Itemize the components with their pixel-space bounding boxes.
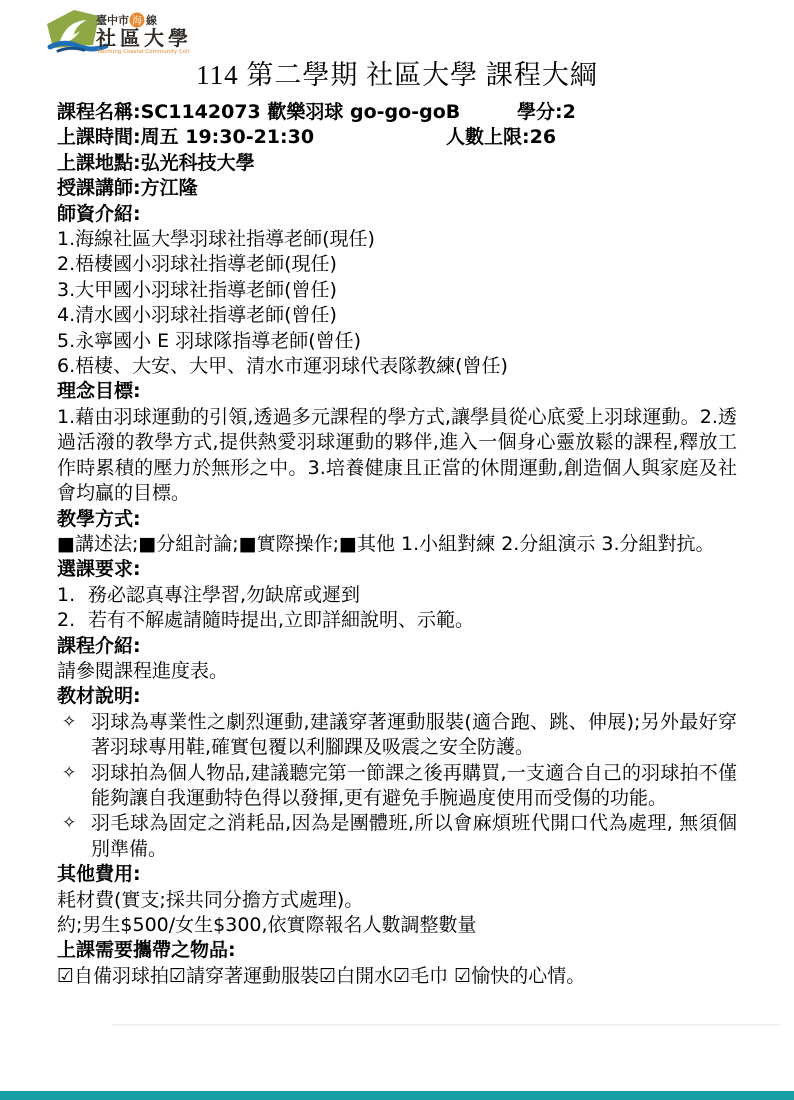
logo-seal-char: 海 [132,14,142,27]
goals-body: 1.藉由羽球運動的引領,透過多元課程的學方式,讓學員從心底愛上羽球運動。2.透過… [57,405,737,507]
document-body: 課程名稱:SC1142073 歡樂羽球 go-go-goB 學分:2 上課時間:… [0,92,794,989]
faculty-item: 5.永寧國小 E 羽球隊指導老師(曾任) [57,329,737,354]
fees-line1: 耗材費(實支;採共同分擔方式處理)。 [57,888,737,913]
footer-teal-bar [0,1091,794,1100]
intro-heading: 課程介紹: [57,634,737,659]
diamond-bullet-icon: ✧ [62,761,91,812]
location-label: 上課地點: [57,152,141,174]
class-time-line: 上課時間:周五 19:30-21:30 人數上限:26 [57,125,737,150]
faculty-item: 1.海線社區大學羽球社指導老師(現任) [57,227,737,252]
requirement-number: 2. [57,608,88,633]
instructor-value: 方江隆 [141,177,198,199]
logo-line-suffix: 線 [145,13,157,27]
faculty-heading: 師資介紹: [57,202,737,227]
logo-city-text: 臺中市 [96,13,129,27]
fees-heading: 其他費用: [57,862,737,887]
course-name-label: 課程名稱: [57,101,141,123]
fees-line2: 約;男生$500/女生$300,依實際報名人數調整數量 [57,913,737,938]
material-item: ✧ 羽球為專業性之劇烈運動,建議穿著運動服裝(適合跑、跳、伸展);另外最好穿著羽… [57,710,737,761]
instructor-line: 授課講師:方江隆 [57,176,737,201]
requirement-number: 1. [57,583,88,608]
material-item: ✧ 羽球拍為個人物品,建議聽完第一節課之後再購買,一支適合自己的羽球拍不僅能夠讓… [57,761,737,812]
capacity-label: 人數上限: [446,126,530,148]
class-time-label: 上課時間: [57,126,141,148]
faculty-item: 6.梧棲、大安、大甲、清水市運羽球代表隊教練(曾任) [57,354,737,379]
faculty-item: 4.清水國小羽球社指導老師(曾任) [57,303,737,328]
content-bottom-divider [112,1024,780,1026]
school-logo: 臺中市 海 線 社區大學 Taichung Coastal Community … [44,7,189,55]
document-page: 臺中市 海 線 社區大學 Taichung Coastal Community … [0,0,794,1100]
material-item: ✧ 羽毛球為固定之消耗品,因為是團體班,所以會麻煩班代開口代為處理, 無須個別準… [57,811,737,862]
materials-heading: 教材說明: [57,684,737,709]
course-name-value: SC1142073 歡樂羽球 go-go-goB [141,101,461,123]
credits-label: 學分: [517,101,563,123]
capacity-field: 人數上限:26 [446,125,556,150]
credits-field: 學分:2 [517,100,576,125]
bring-body: ☑自備羽球拍☑請穿著運動服裝☑白開水☑毛巾 ☑愉快的心情。 [57,964,737,989]
class-time-value: 周五 19:30-21:30 [141,126,314,148]
logo-main-text: 社區大學 [95,26,189,50]
material-text: 羽毛球為固定之消耗品,因為是團體班,所以會麻煩班代開口代為處理, 無須個別準備。 [91,811,737,862]
faculty-item: 3.大甲國小羽球社指導老師(曾任) [57,278,737,303]
instructor-label: 授課講師: [57,177,141,199]
goals-heading: 理念目標: [57,379,737,404]
bring-heading: 上課需要攜帶之物品: [57,938,737,963]
course-name-line: 課程名稱:SC1142073 歡樂羽球 go-go-goB 學分:2 [57,100,737,125]
diamond-bullet-icon: ✧ [62,710,91,761]
capacity-value: 26 [530,126,556,148]
location-line: 上課地點:弘光科技大學 [57,151,737,176]
requirement-item: 1. 務必認真專注學習,勿缺席或遲到 [57,583,737,608]
material-text: 羽球為專業性之劇烈運動,建議穿著運動服裝(適合跑、跳、伸展);另外最好穿著羽球專… [91,710,737,761]
requirement-item: 2. 若有不解處請隨時提出,立即詳細說明、示範。 [57,608,737,633]
diamond-bullet-icon: ✧ [62,811,91,862]
methods-heading: 教學方式: [57,507,737,532]
location-value: 弘光科技大學 [141,152,255,174]
logo-english-text: Taichung Coastal Community College [96,49,189,55]
credits-value: 2 [563,101,576,123]
intro-body: 請參閱課程進度表。 [57,659,737,684]
requirement-text: 若有不解處請隨時提出,立即詳細說明、示範。 [88,608,737,633]
material-text: 羽球拍為個人物品,建議聽完第一節課之後再購買,一支適合自己的羽球拍不僅能夠讓自我… [91,761,737,812]
faculty-item: 2.梧棲國小羽球社指導老師(現任) [57,252,737,277]
logo-wave2-icon [58,48,84,51]
requirements-heading: 選課要求: [57,557,737,582]
methods-body: ■講述法;■分組討論;■實際操作;■其他 1.小組對練 2.分組演示 3.分組對… [57,532,737,557]
requirement-text: 務必認真專注學習,勿缺席或遲到 [88,583,737,608]
